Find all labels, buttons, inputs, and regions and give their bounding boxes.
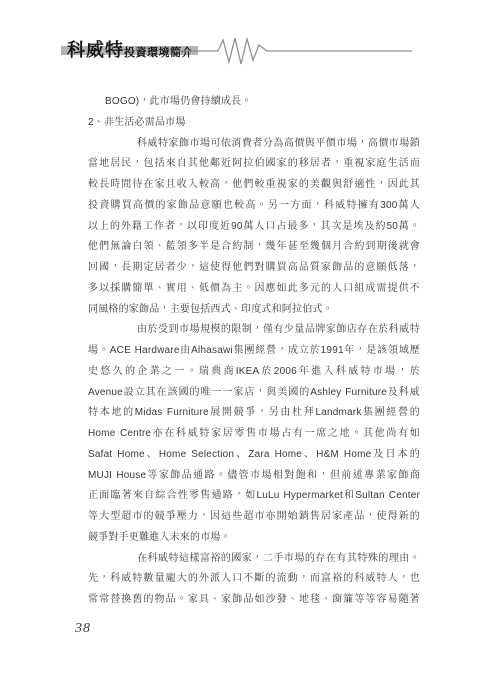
- zigzag-divider-icon: [174, 36, 412, 66]
- text-line: 競爭對手更難進入未來的市場。: [88, 528, 420, 549]
- chapter-title-main: 科威特: [67, 40, 124, 60]
- section-heading: 2、非生活必需品市場: [88, 113, 420, 134]
- text-line: 科威特家飾市場可依消費者分為高價與平價市場，高價市場鎖定: [88, 134, 420, 155]
- text-line: 場。ACE Hardware由Alhasawi集團經營，成立於1991年，是該領…: [88, 341, 420, 362]
- text-line: Avenue設立其在該國的唯一一家店，與美國的Ashley Furniture及…: [88, 383, 420, 404]
- text-line: 以上的外籍工作者，以印度近90萬人口占最多，其次是埃及約50萬。: [88, 217, 420, 238]
- text-line: 他們無論白領、藍領多半是合約制，幾年甚至幾個月合約到期後就會: [88, 237, 420, 258]
- text-line: 等大型超市的競爭壓力，因這些超市亦開始銷售居家產品，使得新的: [88, 507, 420, 528]
- text-line: 先，科威特數量龐大的外派人口不斷的流動，而富裕的科威特人，也: [88, 569, 420, 590]
- text-line: 多以採購簡單、實用、低價為主。因應如此多元的人口組成需提供不: [88, 279, 420, 300]
- text-line: 特本地的Midas Furniture展開競爭，另由杜拜Landmark集團經營…: [88, 403, 420, 424]
- text-line: 正面臨著來自綜合性零售通路，如LuLu Hypermarket和Sultan C…: [88, 486, 420, 507]
- text-line: 在科威特這樣富裕的國家，二手市場的存在有其特殊的理由。首: [88, 549, 420, 570]
- text-line: 投資購買高價的家飾品意願也較高。另一方面，科威特擁有300萬人: [88, 196, 420, 217]
- text-line: 回國，長期定居者少，這使得他們對購買高品質家飾品的意願低落，: [88, 258, 420, 279]
- text-line: 史悠久的企業之一。瑞典商IKEA於2006年進入科威特市場，於: [88, 362, 420, 383]
- text-line: Safat Home、Home Selection、Zara Home、H&M …: [88, 445, 420, 466]
- text-line: 由於受到市場規模的限制，僅有少量品牌家飾店存在於科威特市: [88, 320, 420, 341]
- text-line: MUJI House等家飾品通路。儘管市場相對飽和，但前述專業家飾商: [88, 466, 420, 487]
- page-number: 38: [75, 621, 91, 637]
- body-text-block: BOGO)，此市場仍會持續成長。 2、非生活必需品市場 科威特家飾市場可依消費者…: [88, 92, 420, 611]
- text-line: 較長時間待在家且收入較高，他們較重視家的美觀與舒適性，因此其: [88, 175, 420, 196]
- text-line: 當地居民，包括來自其他鄰近阿拉伯國家的移居者，重視家庭生活而: [88, 154, 420, 175]
- text-line: 常常替換舊的物品。家具、家飾品如沙發、地毯、窗簾等等容易隨著: [88, 590, 420, 611]
- text-line: 同風格的家飾品，主要包括西式、印度式和阿拉伯式。: [88, 300, 420, 321]
- scanned-document-page: 科威特投資環境簡介 BOGO)，此市場仍會持續成長。 2、非生活必需品市場 科威…: [0, 0, 480, 679]
- text-line: BOGO)，此市場仍會持續成長。: [88, 92, 420, 113]
- text-line: Home Centre亦在科威特家居零售市場占有一席之地。其他尚有如: [88, 424, 420, 445]
